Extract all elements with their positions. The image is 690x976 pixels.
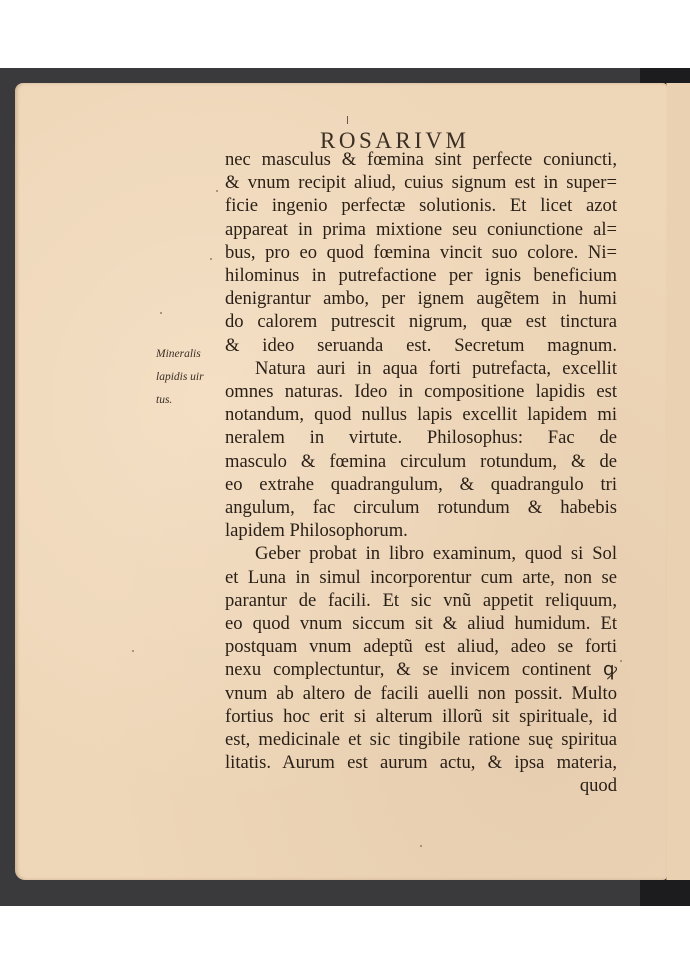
margin-note: Mineralis lapidis uir tus. [156,343,204,413]
paper-speck [132,650,134,652]
text-line: denigrantur ambo, per ignem augẽtem in h… [225,287,617,310]
text-line: & vnum recipit aliud, cuius signum est i… [225,171,617,194]
text-line: angulum, fac circulum rotundum & habebis [225,496,617,519]
text-line: hilominus in putrefactione per ignis ben… [225,264,617,287]
margin-note-line: lapidis uir [156,366,204,389]
text-line: appareat in prima mixtione seu coniuncti… [225,218,617,241]
margin-note-line: Mineralis [156,343,204,366]
text-line: lapidem Philosophorum. [225,519,617,542]
text-line: ficie ingenio perfectæ solutionis. Et li… [225,194,617,217]
text-line: & ideo seruanda est. Secretum magnum. [225,334,617,357]
text-line: parantur de facili. Et sic vnũ appetit r… [225,589,617,612]
body-text: nec masculus & fœmina sint perfecte coni… [225,148,617,798]
paper-speck [210,258,212,260]
catchword: quod [225,774,617,797]
text-line: litatis. Aurum est aurum actu, & ipsa ma… [225,751,617,774]
text-line: masculo & fœmina circulum rotundum, & de [225,450,617,473]
printer-mark [347,116,348,124]
paper-speck [420,845,422,847]
text-line: Geber probat in libro examinum, quod si … [225,542,617,565]
text-line: postquam vnum adeptũ est aliud, adeo se … [225,635,617,658]
paper-speck [620,660,622,662]
text-line: eo quod vnum siccum sit & aliud humidum.… [225,612,617,635]
text-line: fortius hoc erit si alterum illorũ sit s… [225,705,617,728]
text-line: nexu complectuntur, & se invicem contine… [225,658,617,681]
text-line: neralem in virtute. Philosophus: Fac de [225,426,617,449]
paper-speck [216,190,218,192]
text-line: Natura auri in aqua forti putrefacta, ex… [225,357,617,380]
facing-page-edge [666,83,690,880]
text-line: notandum, quod nullus lapis excellit lap… [225,403,617,426]
text-line: et Luna in simul incorporentur cum arte,… [225,566,617,589]
text-line: est, medicinale et sic tingibile ratione… [225,728,617,751]
paper-speck [160,312,162,314]
text-line: eo extrahe quadrangulum, & quadrangulo t… [225,473,617,496]
text-line: vnum ab altero de facili auelli non poss… [225,682,617,705]
text-line: omnes naturas. Ideo in compositione lapi… [225,380,617,403]
text-line: do calorem putrescit nigrum, quæ est tin… [225,310,617,333]
text-line: nec masculus & fœmina sint perfecte coni… [225,148,617,171]
margin-note-line: tus. [156,389,204,412]
text-line: bus, pro eo quod fœmina vincit suo color… [225,241,617,264]
